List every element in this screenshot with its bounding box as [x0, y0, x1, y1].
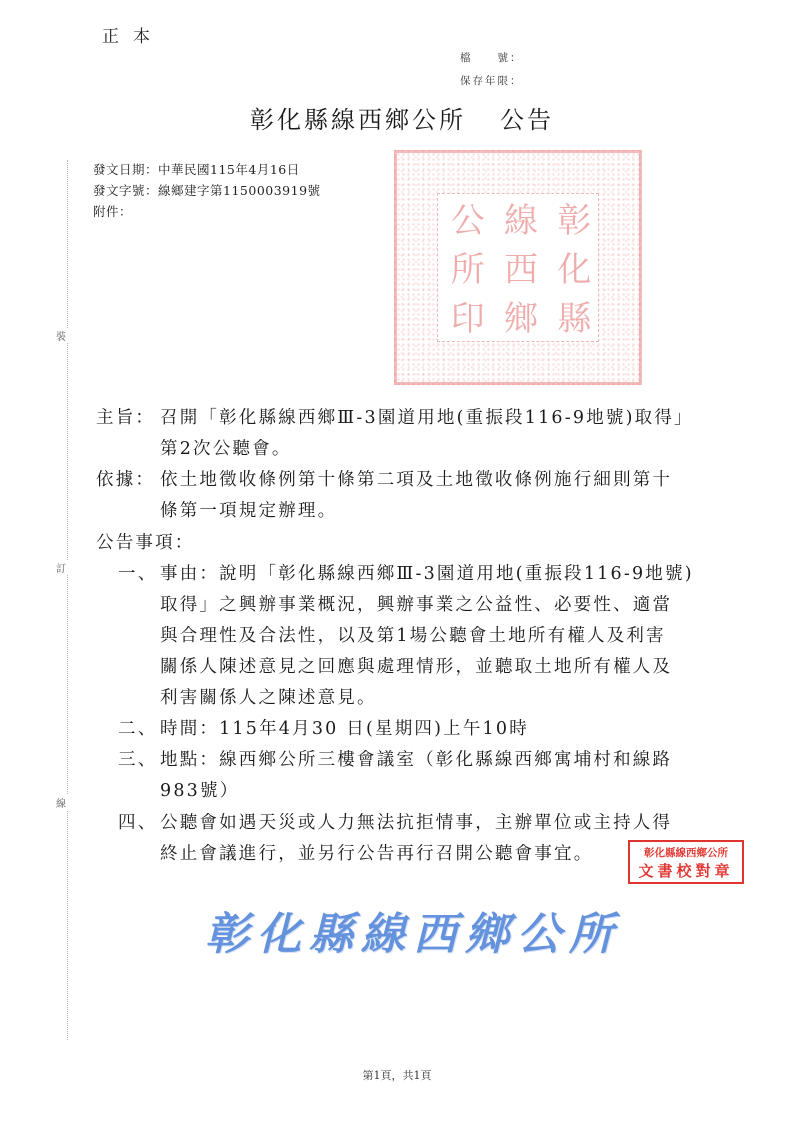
binding-mark-zhuang: 裝 — [54, 328, 68, 343]
basis-line-2: 條第一項規定辦理。 — [160, 496, 337, 527]
doc-type: 公告 — [500, 106, 554, 134]
issue-date-label: 發文日期： — [93, 162, 158, 177]
seal-char: 彰 — [545, 194, 598, 243]
notice-item-2-number: 二、 — [118, 714, 157, 745]
seal-char: 公 — [438, 194, 491, 243]
notice-item-4-line-1: 公聽會如遇天災或人力無法抗拒情事，主辦單位或主持人得 — [160, 808, 672, 839]
seal-char: 印 — [438, 292, 491, 341]
binding-line — [67, 160, 68, 1040]
seal-char: 西 — [491, 243, 544, 292]
notice-item-4-number: 四、 — [118, 808, 157, 839]
notice-item-3-number: 三、 — [118, 745, 157, 776]
notice-item-1-line-5: 利害關係人之陳述意見。 — [160, 683, 377, 714]
subject-label: 主旨： — [96, 403, 155, 434]
subject-line-2: 第2次公聽會。 — [160, 434, 292, 465]
agency-name: 彰化縣線西鄉公所 — [250, 106, 466, 134]
subject-line-1: 召開「彰化縣線西鄉Ⅲ-3園道用地(重振段116-9地號)取得」 — [160, 403, 694, 434]
proof-stamp-title: 文書校對章 — [630, 862, 742, 880]
page-number: 第1頁，共1頁 — [0, 1067, 794, 1083]
notice-item-4-line-2: 終止會議進行，並另行公告再行召開公聽會事宜。 — [160, 839, 593, 870]
notice-item-1-line-3: 與合理性及合法性，以及第1場公聽會土地所有權人及利害 — [160, 621, 666, 652]
notice-item-2-line-1: 時間：115年4月30 日(星期四)上午10時 — [160, 714, 529, 745]
retention-period-label: 保存年限： — [460, 73, 523, 88]
notice-item-1-line-4: 關係人陳述意見之回應與處理情形，並聽取土地所有權人及 — [160, 652, 672, 683]
proofreading-stamp: 彰化縣線西鄉公所 文書校對章 — [628, 840, 744, 884]
basis-label: 依據： — [96, 465, 155, 496]
file-number-label: 檔 號： — [460, 50, 523, 65]
seal-char: 化 — [545, 243, 598, 292]
seal-char: 鄉 — [491, 292, 544, 341]
notice-item-1-line-2: 取得」之興辦事業概況，興辦事業之公益性、必要性、適當 — [160, 590, 672, 621]
notice-item-3-line-1: 地點：線西鄉公所三樓會議室（彰化縣線西鄉寓埔村和線路 — [160, 745, 672, 776]
seal-characters: 彰 化 縣 線 西 鄉 公 所 印 — [437, 193, 599, 342]
notice-item-3-line-2: 983號） — [160, 776, 239, 807]
agency-signature-stamp: 彰化縣線西鄉公所 — [205, 898, 621, 962]
notice-item-1-number: 一、 — [118, 559, 157, 590]
issue-reference: 發文字號：線鄉建字第1150003919號 — [93, 181, 321, 199]
seal-char: 縣 — [545, 292, 598, 341]
proof-stamp-agency: 彰化縣線西鄉公所 — [630, 844, 742, 862]
document-title: 彰化縣線西鄉公所公告 — [250, 100, 554, 135]
seal-char: 所 — [438, 243, 491, 292]
binding-mark-xian: 線 — [54, 795, 68, 810]
issue-ref-value: 線鄉建字第1150003919號 — [158, 183, 321, 198]
attachment-label: 附件： — [93, 202, 132, 220]
issue-ref-label: 發文字號： — [93, 183, 158, 198]
copy-mark: 正本 — [102, 22, 164, 47]
notice-item-1-line-1: 事由：說明「彰化縣線西鄉Ⅲ-3園道用地(重振段116-9地號) — [160, 559, 694, 590]
seal-char: 線 — [491, 194, 544, 243]
notices-heading: 公告事項： — [96, 528, 195, 559]
basis-line-1: 依土地徵收條例第十條第二項及土地徵收條例施行細則第十 — [160, 465, 672, 496]
issue-date: 發文日期：中華民國115年4月16日 — [93, 160, 300, 178]
official-seal: 彰 化 縣 線 西 鄉 公 所 印 — [394, 150, 642, 385]
binding-mark-ding: 訂 — [54, 560, 68, 575]
issue-date-value: 中華民國115年4月16日 — [158, 162, 300, 177]
